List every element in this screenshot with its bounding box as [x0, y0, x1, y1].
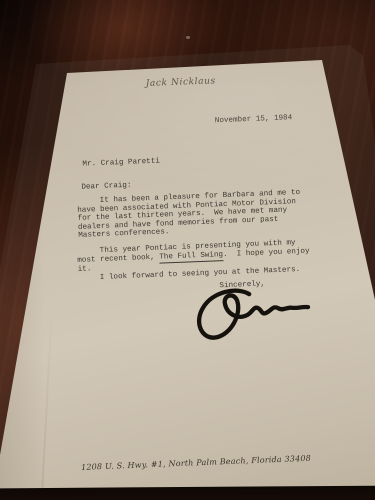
handwritten-signature: Jack: [185, 282, 325, 345]
wood-speck: [186, 36, 190, 39]
body-paragraph-1: It has been a pleasure for Barbara and m…: [77, 188, 329, 241]
body-paragraph-2-line-3: it.: [78, 265, 92, 274]
salutation-line: Dear Craig:: [81, 182, 131, 193]
closing-line: I look forward to seeing you at the Mast…: [77, 265, 337, 284]
book-title-underlined: The Full Swing: [159, 251, 223, 263]
table-shadow-band: [0, 486, 375, 500]
recipient-line: Mr. Craig Paretti: [82, 158, 160, 170]
signature-ink-stroke: [185, 282, 325, 345]
photo-of-signed-letter: Jack Nicklaus November 15, 1984 Mr. Crai…: [0, 0, 375, 500]
date-line: November 15, 1984: [215, 114, 293, 126]
footer-address: 1208 U. S. Hwy. #1, North Palm Beach, Fl…: [9, 451, 375, 475]
